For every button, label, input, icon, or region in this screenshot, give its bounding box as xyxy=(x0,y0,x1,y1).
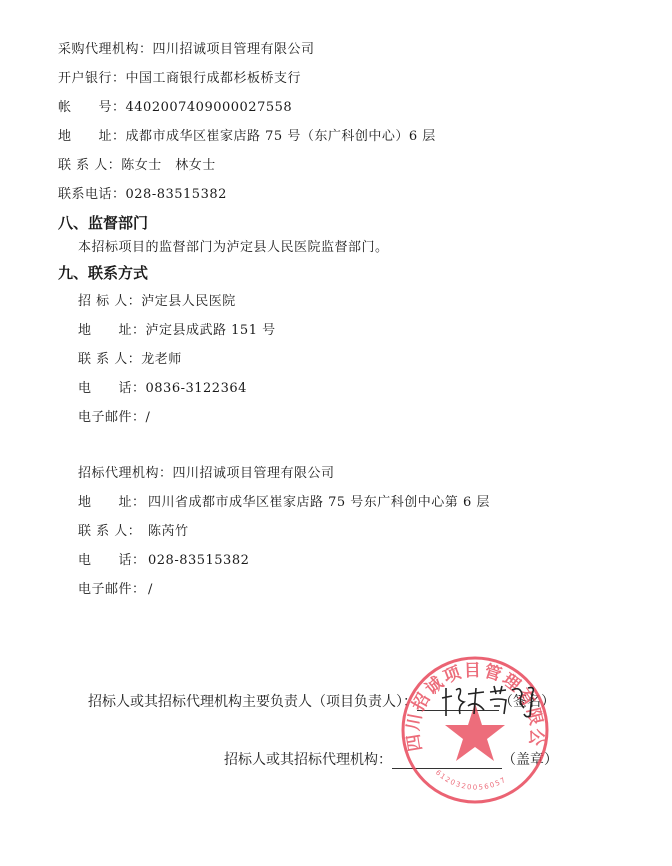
section8-title: 八、监督部门 xyxy=(58,214,148,232)
agency-address-row: 地 址：四川省成都市成华区崔家店路 75 号东广科创中心第 6 层 xyxy=(78,495,490,511)
agency-email-value: / xyxy=(148,582,153,597)
signature-prefix: 招标人或其招标代理机构主要负责人（项目负责人）： xyxy=(88,694,417,710)
agency-contact-row: 联 系 人：陈芮竹 xyxy=(78,524,189,540)
agency-phone-label: 电 话： xyxy=(78,553,148,569)
tenderer-email-label: 电子邮件： xyxy=(78,410,146,425)
agency-phone-row: 电 话：028-83515382 xyxy=(78,553,249,569)
phone-value: 028-83515382 xyxy=(126,187,227,202)
tenderer-row: 招 标 人：泸定县人民医院 xyxy=(78,294,236,310)
tenderer-phone-value: 0836-3122364 xyxy=(146,381,247,396)
bank-label: 开户银行： xyxy=(58,71,126,86)
agency-contact-value: 陈芮竹 xyxy=(148,524,189,539)
contact-label: 联 系 人： xyxy=(58,158,121,173)
signature-blank xyxy=(417,694,499,711)
tenderer-email-value: / xyxy=(146,410,151,425)
agency-address-label: 地 址： xyxy=(78,495,148,511)
tenderer-address-value: 泸定县成武路 151 号 xyxy=(146,323,276,338)
bank-value: 中国工商银行成都杉板桥支行 xyxy=(126,71,302,86)
agency-label: 招标代理机构： xyxy=(78,466,173,481)
procurement-agency-row: 采购代理机构：四川招诚项目管理有限公司 xyxy=(58,42,315,58)
bank-row: 开户银行：中国工商银行成都杉板桥支行 xyxy=(58,71,301,87)
seal-code: 6120320056057 xyxy=(434,769,508,792)
section8-body: 本招标项目的监督部门为泸定县人民医院监督部门。 xyxy=(78,240,389,256)
tenderer-contact-value: 龙老师 xyxy=(141,352,182,367)
agency-value: 四川招诚项目管理有限公司 xyxy=(173,466,335,481)
address-label: 地 址： xyxy=(58,129,126,144)
seal-line: 招标人或其招标代理机构：（盖章） xyxy=(224,751,558,769)
contact-value: 陈女士 林女士 xyxy=(121,158,216,173)
account-row: 帐 号：4402007409000027558 xyxy=(58,100,292,116)
tenderer-email-row: 电子邮件：/ xyxy=(78,410,150,426)
contact-row: 联 系 人：陈女士 林女士 xyxy=(58,158,216,174)
signature-line: 招标人或其招标代理机构主要负责人（项目负责人）：（签名） xyxy=(88,693,555,711)
seal-blank xyxy=(392,752,502,769)
phone-label: 联系电话： xyxy=(58,187,126,202)
tenderer-address-label: 地 址： xyxy=(78,323,146,338)
tenderer-value: 泸定县人民医院 xyxy=(141,294,236,309)
agency-email-row: 电子邮件：/ xyxy=(78,582,153,598)
agency-address-value: 四川省成都市成华区崔家店路 75 号东广科创中心第 6 层 xyxy=(148,495,490,510)
agency-email-label: 电子邮件： xyxy=(78,582,148,598)
company-seal-icon: 四川招诚项目管理有限公司 6120320056057 xyxy=(400,655,550,805)
tenderer-contact-label: 联 系 人： xyxy=(78,352,141,367)
tenderer-label: 招 标 人： xyxy=(78,294,141,309)
tenderer-address-row: 地 址：泸定县成武路 151 号 xyxy=(78,323,276,339)
agency-phone-value: 028-83515382 xyxy=(148,553,249,568)
procurement-agency-value: 四川招诚项目管理有限公司 xyxy=(153,42,315,57)
agency-contact-label: 联 系 人： xyxy=(78,524,148,540)
tenderer-phone-row: 电 话：0836-3122364 xyxy=(78,381,247,397)
procurement-agency-label: 采购代理机构： xyxy=(58,42,153,57)
seal-prefix: 招标人或其招标代理机构： xyxy=(224,752,392,768)
tenderer-contact-row: 联 系 人：龙老师 xyxy=(78,352,182,368)
signature-suffix: （签名） xyxy=(499,694,555,710)
account-value: 4402007409000027558 xyxy=(126,100,293,115)
address-value: 成都市成华区崔家店路 75 号（东广科创中心）6 层 xyxy=(126,129,436,144)
agency-row: 招标代理机构：四川招诚项目管理有限公司 xyxy=(78,466,335,482)
phone-row: 联系电话：028-83515382 xyxy=(58,187,227,203)
svg-text:6120320056057: 6120320056057 xyxy=(434,769,508,792)
account-label: 帐 号： xyxy=(58,100,126,115)
section9-title: 九、联系方式 xyxy=(58,264,148,282)
tenderer-phone-label: 电 话： xyxy=(78,381,146,396)
address-row: 地 址：成都市成华区崔家店路 75 号（东广科创中心）6 层 xyxy=(58,129,436,145)
seal-suffix: （盖章） xyxy=(502,752,558,768)
